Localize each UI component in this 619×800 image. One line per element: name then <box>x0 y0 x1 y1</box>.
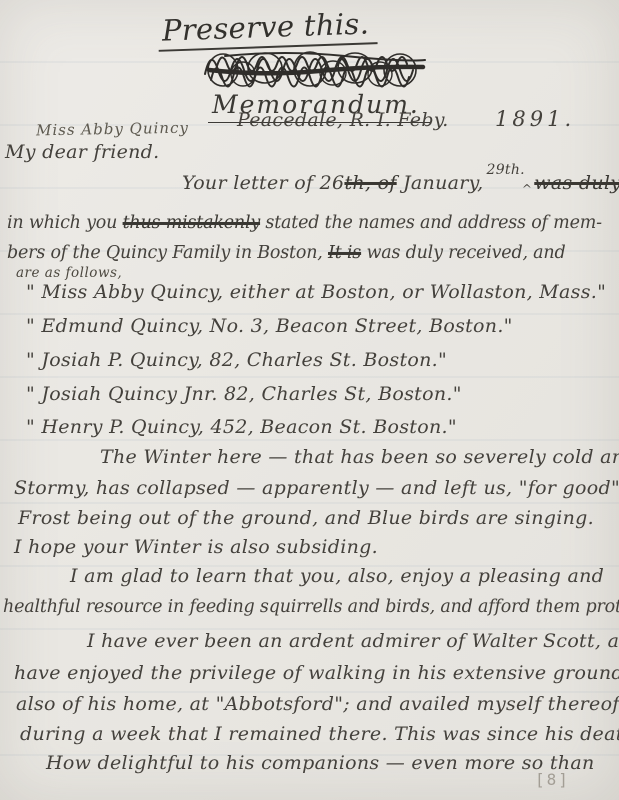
inserted-date: 29th. <box>487 162 525 178</box>
body-line: also of his home, at "Abbotsford"; and a… <box>16 693 619 716</box>
opening-mid: January, <box>397 172 484 194</box>
caret-mark: ^ <box>522 182 532 196</box>
interline-insert: are as follows, <box>16 265 122 281</box>
body-line: healthful resource in feeding squirrells… <box>3 597 619 618</box>
struck-words: thus mistakenly <box>123 213 260 233</box>
address-list-item: " Josiah Quincy Jnr. 82, Charles St, Bos… <box>26 383 462 406</box>
body-line: The Winter here — that has been so sever… <box>100 446 619 469</box>
body-line: Frost being out of the ground, and Blue … <box>18 507 594 530</box>
address-list-item: " Henry P. Quincy, 452, Beacon St. Bosto… <box>26 416 457 439</box>
manuscript-page: Preserve this. Memorandum. Miss Abby Qui… <box>0 0 619 800</box>
opening-struck-tail: was duly received <box>534 172 619 194</box>
dateline-year: 1891. <box>495 107 575 132</box>
opening-pre: Your letter of 26 <box>182 172 344 194</box>
body-line: I am glad to learn that you, also, enjoy… <box>70 565 604 588</box>
opening-line: Your letter of 26th, of January,29th.^wa… <box>182 172 619 195</box>
salutation: My dear friend. <box>5 141 159 164</box>
place-dateline: Peacedale, R. I. Feby. <box>237 109 449 132</box>
body-line: Stormy, has collapsed — apparently — and… <box>14 477 619 500</box>
body-line: I have ever been an ardent admirer of Wa… <box>87 630 619 653</box>
body-line: have enjoyed the privilege of walking in… <box>14 662 619 685</box>
body-line: I hope your Winter is also subsiding. <box>14 536 378 559</box>
scribble-strikeout-icon <box>195 44 435 92</box>
address-list-item: " Miss Abby Quincy, either at Boston, or… <box>26 281 606 304</box>
body-line: during a week that I remained there. Thi… <box>20 723 619 746</box>
line-text: in which you <box>7 213 123 233</box>
addressee: Miss Abby Quincy <box>36 119 189 140</box>
opening-struck-day: th, of <box>344 172 396 194</box>
letter-line: bers of the Quincy Family in Boston, It … <box>7 243 566 264</box>
letter-line: in which you thus mistakenly stated the … <box>7 213 602 234</box>
address-list-item: " Edmund Quincy, No. 3, Beacon Street, B… <box>26 315 513 338</box>
address-list-item: " Josiah P. Quincy, 82, Charles St. Bost… <box>26 349 447 372</box>
line-text: was duly received, and <box>361 243 565 263</box>
struck-words: It is <box>328 243 361 263</box>
body-line: How delightful to his companions — even … <box>46 752 595 775</box>
line-text: stated the names and address of mem- <box>260 213 602 233</box>
page-number: [8] <box>535 770 570 789</box>
line-text: bers of the Quincy Family in Boston, <box>7 243 328 263</box>
